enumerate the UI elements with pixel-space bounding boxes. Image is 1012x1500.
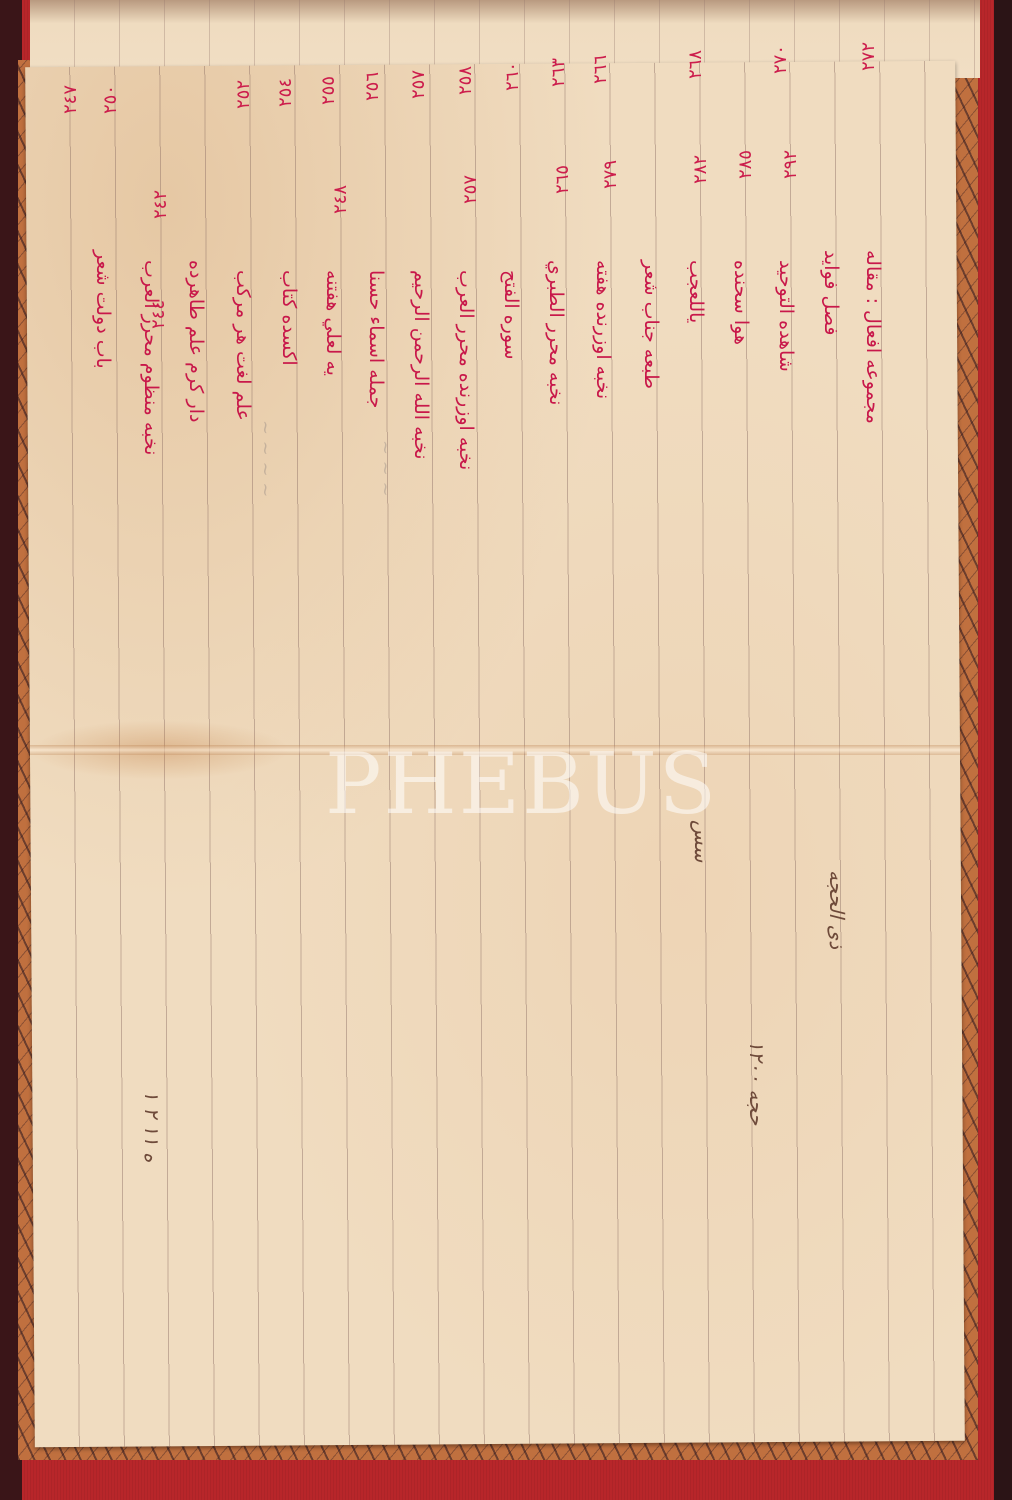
toc-entry: علم لغت هر مرکب bbox=[232, 270, 254, 421]
toc-entry: جمله اسماء حسنا bbox=[365, 270, 387, 408]
toc-entry: طبعه جناب شعر bbox=[640, 260, 662, 389]
toc-entry: باب دولت شعر bbox=[92, 250, 114, 369]
page-number: ٢٥٧ bbox=[408, 70, 429, 99]
entry-page: ٢٨٢ bbox=[690, 155, 711, 184]
toc-entry: ياللعجب bbox=[685, 260, 707, 323]
page-number: ٢٥٦ bbox=[362, 72, 383, 101]
page-number: ٢٧٠ bbox=[770, 45, 791, 74]
handwritten-note: ۱۲۰۰ حجه bbox=[745, 1040, 769, 1125]
faded-pencil-text: ~ ~ ~ bbox=[375, 440, 396, 497]
page-number: ٢٧٢ bbox=[858, 42, 879, 71]
entry-page: ٢٦٥ bbox=[552, 165, 573, 194]
page-number: ٢٦٠ bbox=[502, 62, 523, 91]
toc-entry: دار کرم علم طاهرده bbox=[185, 260, 207, 422]
toc-entry: فصل فواید bbox=[820, 250, 842, 335]
toc-entry: مجموعه افعال : مقاله bbox=[862, 250, 884, 424]
entry-page: ٢٩٢ bbox=[780, 150, 801, 179]
page-number: ٢٥٥ bbox=[318, 76, 339, 105]
page-number: ٢٦٨ bbox=[685, 50, 706, 79]
entry-page: ٢٨٥ bbox=[735, 150, 756, 179]
handwritten-note: ۱ ۲ ۱۱ ه bbox=[140, 1090, 164, 1163]
toc-entry: نخبه اوزرنده هفته bbox=[592, 260, 614, 399]
toc-entry: هوا سحنده bbox=[730, 260, 752, 345]
page-number: ٢٥٠ bbox=[100, 85, 121, 114]
entry-page: ٢٥٧ bbox=[460, 175, 481, 204]
entry-page: ٢٧٩ bbox=[600, 160, 621, 189]
toc-entry: نخبه محرر الطبري bbox=[545, 260, 567, 405]
page-number: ٢٥٢ bbox=[233, 80, 254, 109]
page-number: ٢٦٦ bbox=[590, 55, 611, 84]
handwritten-note: سس bbox=[690, 820, 714, 862]
toc-entry: يه لعلي هفتنه bbox=[322, 270, 344, 376]
watermark: PHEBUS bbox=[325, 735, 718, 833]
toc-entry: اكسده كتاب bbox=[278, 270, 300, 366]
toc-entry: سوره الفتح bbox=[500, 270, 522, 360]
page-number: ٢٦٣ bbox=[548, 58, 569, 87]
page-number: ٢٥٤ bbox=[275, 78, 296, 107]
cover-edge-right bbox=[994, 0, 1012, 1500]
toc-entry: نخبه الله الرحمن الرحيم bbox=[410, 270, 432, 460]
page-number: ٢٤٧ bbox=[60, 85, 81, 114]
toc-entry: شاهده التوحيد bbox=[775, 260, 797, 372]
faded-pencil-text: ~ ~ ~ ~ bbox=[255, 420, 276, 498]
toc-entry: نخبه منظوم محرر العرب bbox=[140, 260, 162, 455]
entry-page: ٢٤٨ bbox=[330, 185, 351, 214]
toc-entry: نخبه اوزرنده محرر العرب bbox=[455, 270, 477, 470]
handwritten-note: ذی الحجه bbox=[825, 870, 849, 949]
page-number: ٢٥٨ bbox=[455, 66, 476, 95]
entry-page: ٢٤٢ bbox=[150, 190, 171, 219]
